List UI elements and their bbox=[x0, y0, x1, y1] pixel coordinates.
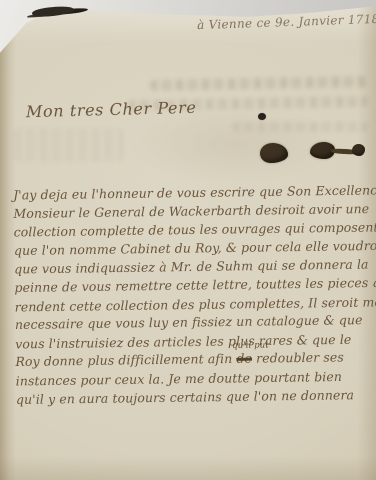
letter-paper: à Vienne ce 9e. Janvier 1718 Mon tres Ch… bbox=[0, 0, 376, 480]
ink-dot bbox=[258, 113, 266, 120]
ink-blot bbox=[352, 144, 365, 156]
interlinear-insertion: qu'il put bbox=[232, 342, 269, 351]
letter-body: J'ay deja eu l'honneur de vous escrire q… bbox=[13, 181, 376, 409]
ink-blot bbox=[260, 143, 288, 163]
bleed-through-smudge bbox=[232, 122, 368, 132]
body-line-segment: Roy donne plus difficillement afin bbox=[15, 351, 236, 369]
bleed-through-smudge bbox=[150, 76, 368, 91]
manuscript-photo: à Vienne ce 9e. Janvier 1718 Mon tres Ch… bbox=[0, 0, 376, 480]
salutation: Mon tres Cher Pere bbox=[26, 98, 197, 121]
body-line-segment: redoubler ses bbox=[252, 350, 344, 366]
dateline: à Vienne ce 9e. Janvier 1718 bbox=[197, 12, 376, 32]
bleed-through-smudge bbox=[14, 128, 124, 162]
strikethrough-word: de bbox=[236, 351, 252, 366]
